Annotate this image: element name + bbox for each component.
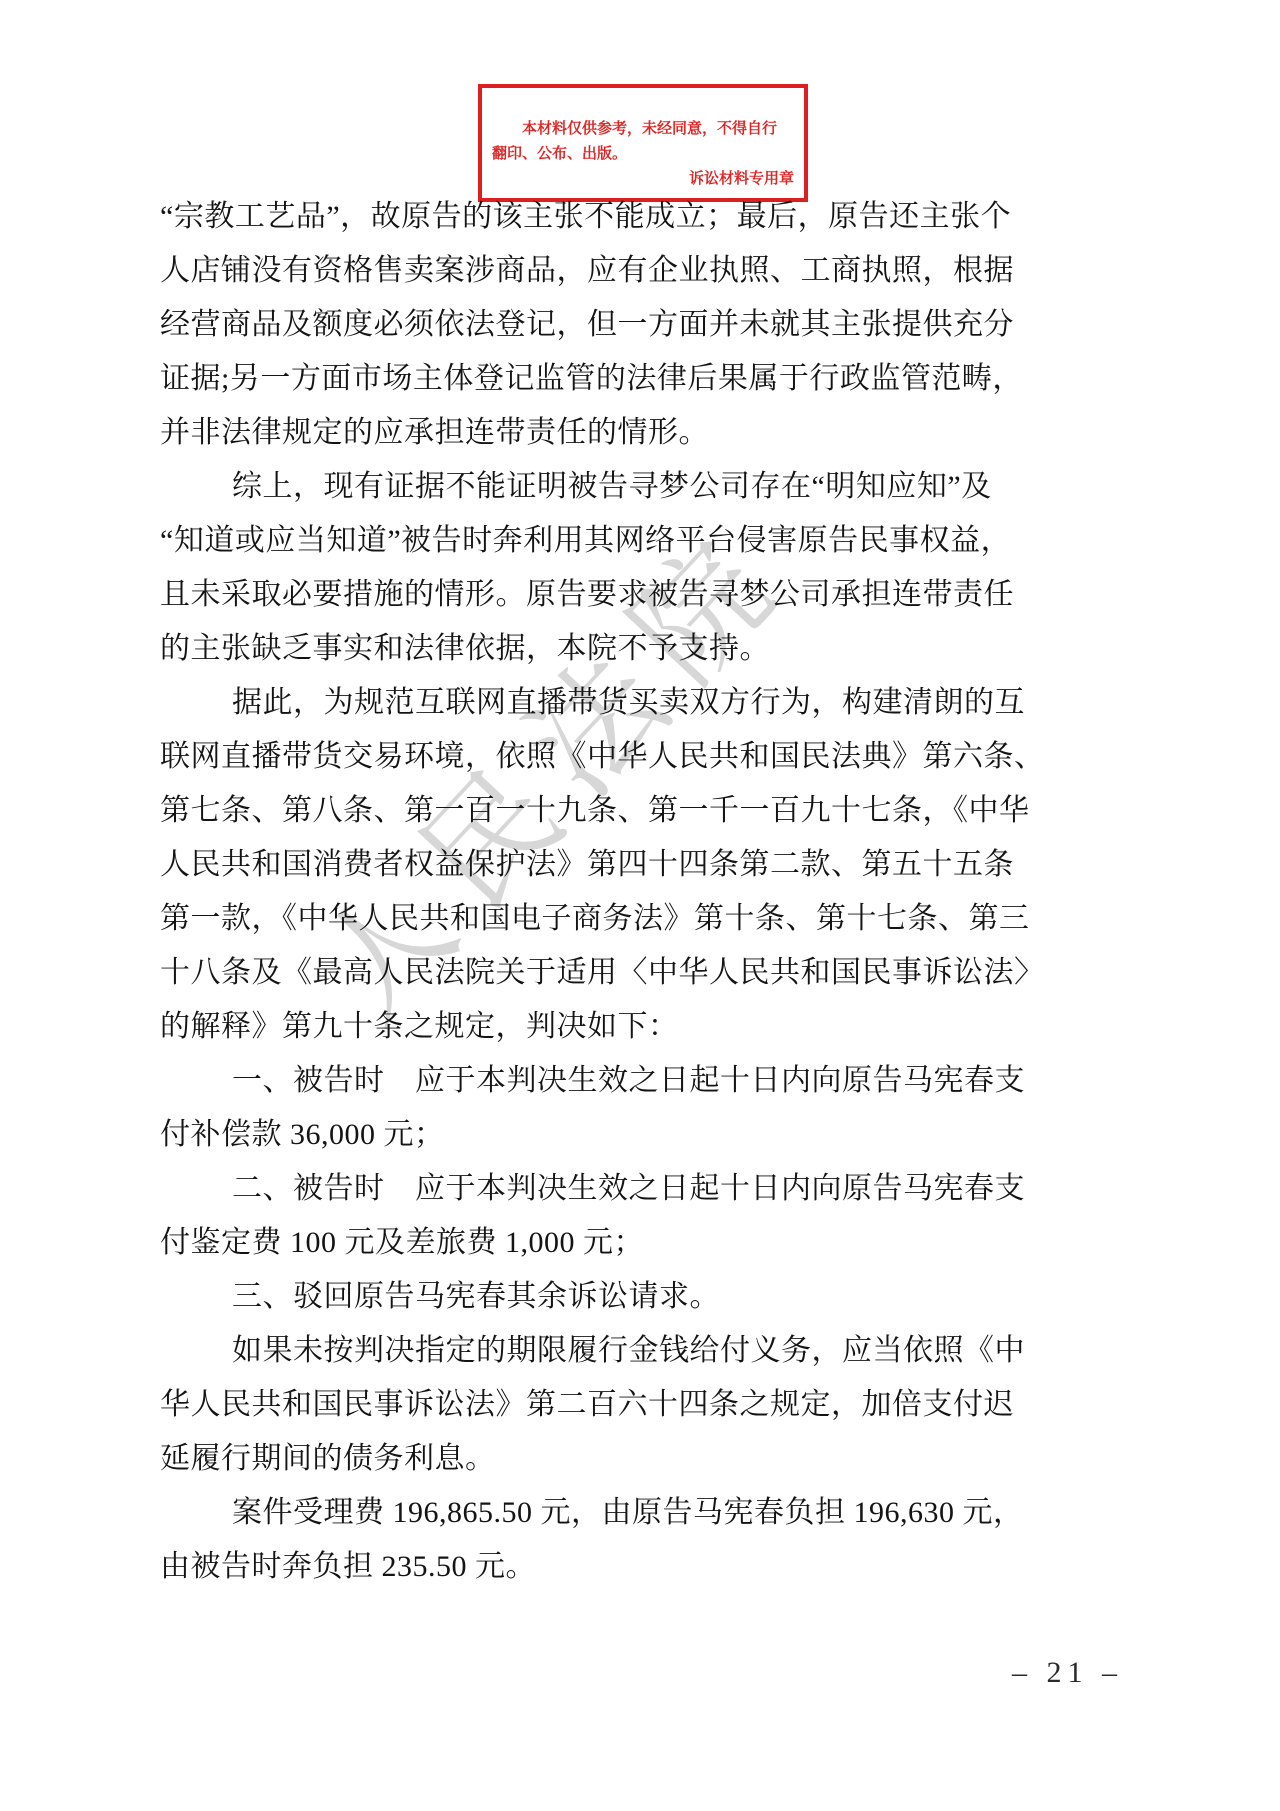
body-line: 付补偿款 36,000 元； [160,1108,994,1162]
body-line: 联网直播带货交易环境，依照《中华人民共和国民法典》第六条、 [160,730,994,784]
body-line: 一、被告时 应于本判决生效之日起十日内向原告马宪春支 [160,1054,994,1108]
stamp-line-1: 本材料仅供参考，未经同意，不得自行 [492,116,794,141]
body-line: 付鉴定费 100 元及差旅费 1,000 元； [160,1216,994,1270]
body-line: 人民共和国消费者权益保护法》第四十四条第二款、第五十五条 [160,838,994,892]
body-line: 第七条、第八条、第一百一十九条、第一千一百九十七条，《中华 [160,784,994,838]
body-line: 人店铺没有资格售卖案涉商品，应有企业执照、工商执照，根据 [160,244,994,298]
body-line: “宗教工艺品”，故原告的该主张不能成立；最后，原告还主张个 [160,190,994,244]
body-line: 如果未按判决指定的期限履行金钱给付义务，应当依照《中 [160,1324,994,1378]
body-line: 十八条及《最高人民法院关于适用〈中华人民共和国民事诉讼法〉 [160,946,994,1000]
body-line: 据此，为规范互联网直播带货买卖双方行为，构建清朗的互 [160,676,994,730]
page-number: – 21 – [1012,1656,1123,1690]
judgment-body: “宗教工艺品”，故原告的该主张不能成立；最后，原告还主张个人店铺没有资格售卖案涉… [160,190,994,1594]
body-line: 综上，现有证据不能证明被告寻梦公司存在“明知应知”及 [160,460,994,514]
body-line: 二、被告时 应于本判决生效之日起十日内向原告马宪春支 [160,1162,994,1216]
document-page: 本材料仅供参考，未经同意，不得自行 翻印、公布、出版。 诉讼材料专用章 人民法院… [0,0,1280,1811]
stamp-box: 本材料仅供参考，未经同意，不得自行 翻印、公布、出版。 诉讼材料专用章 [478,84,808,202]
body-line: 经营商品及额度必须依法登记，但一方面并未就其主张提供充分 [160,298,994,352]
body-line: 证据;另一方面市场主体登记监管的法律后果属于行政监管范畴， [160,352,994,406]
body-line: 延履行期间的债务利息。 [160,1432,994,1486]
body-line: 并非法律规定的应承担连带责任的情形。 [160,406,994,460]
body-line: 的主张缺乏事实和法律依据，本院不予支持。 [160,622,994,676]
stamp-line-3: 诉讼材料专用章 [492,166,794,191]
body-line: “知道或应当知道”被告时奔利用其网络平台侵害原告民事权益， [160,514,994,568]
body-line: 华人民共和国民事诉讼法》第二百六十四条之规定，加倍支付迟 [160,1378,994,1432]
body-line: 且未采取必要措施的情形。原告要求被告寻梦公司承担连带责任 [160,568,994,622]
body-line: 的解释》第九十条之规定，判决如下： [160,1000,994,1054]
body-line: 三、驳回原告马宪春其余诉讼请求。 [160,1270,994,1324]
body-line: 由被告时奔负担 235.50 元。 [160,1540,994,1594]
body-line: 案件受理费 196,865.50 元，由原告马宪春负担 196,630 元， [160,1486,994,1540]
body-line: 第一款，《中华人民共和国电子商务法》第十条、第十七条、第三 [160,892,994,946]
stamp-line-2: 翻印、公布、出版。 [492,141,794,166]
